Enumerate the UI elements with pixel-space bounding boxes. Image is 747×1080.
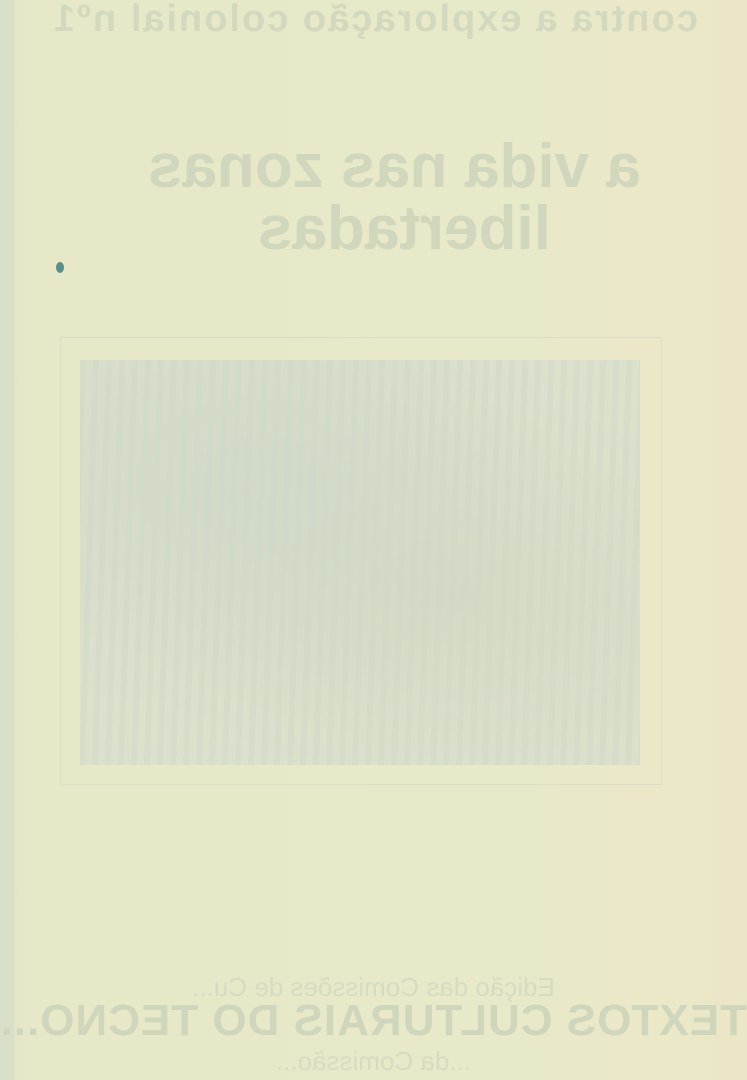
page-title: a vida nas zonas libertadas [0,136,747,260]
ink-dot [56,262,64,273]
footer-line-2: TEXTOS CULTURAIS DO TECNO... [0,996,747,1046]
footer-line-3: ...da Comissão... [0,1046,747,1077]
title-line-1: a vida nas zonas [148,136,747,198]
photo [80,360,640,765]
scanned-page: contra a exploração colonial nº1 a vida … [0,0,747,1080]
series-line: contra a exploração colonial nº1 [0,0,747,41]
title-line-2: libertadas [148,198,747,260]
